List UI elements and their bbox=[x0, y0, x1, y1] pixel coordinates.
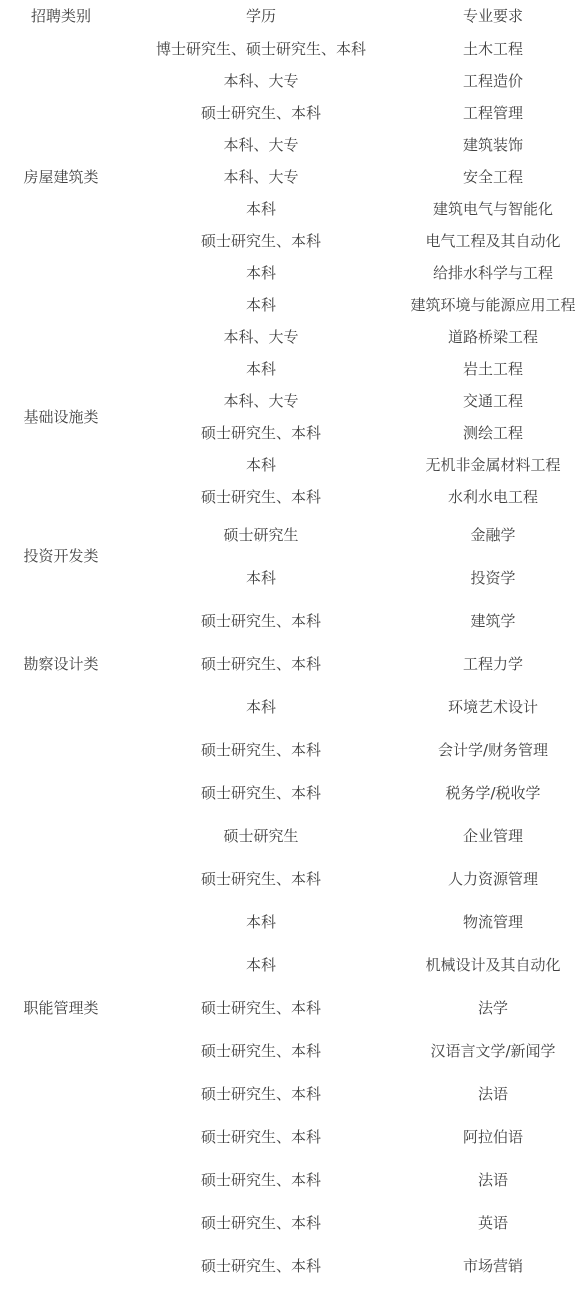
education-cell: 硕士研究生 bbox=[122, 514, 400, 557]
education-cell: 本科 bbox=[122, 194, 400, 226]
column-header-category: 招聘类别 bbox=[0, 0, 122, 34]
education-cell: 本科 bbox=[122, 686, 400, 729]
major-cell: 市场营销 bbox=[400, 1245, 586, 1288]
header-row: 招聘类别 学历 专业要求 bbox=[0, 0, 586, 34]
major-cell: 土木工程 bbox=[400, 34, 586, 66]
major-cell: 水利水电工程 bbox=[400, 482, 586, 514]
education-cell: 硕士研究生、本科 bbox=[122, 1030, 400, 1073]
major-cell: 英语 bbox=[400, 1202, 586, 1245]
major-cell: 无机非金属材料工程 bbox=[400, 450, 586, 482]
education-cell: 本科 bbox=[122, 901, 400, 944]
education-cell: 本科 bbox=[122, 557, 400, 600]
major-cell: 阿拉伯语 bbox=[400, 1116, 586, 1159]
major-cell: 汉语言文学/新闻学 bbox=[400, 1030, 586, 1073]
major-cell: 建筑环境与能源应用工程 bbox=[400, 290, 586, 322]
major-cell: 电气工程及其自动化 bbox=[400, 226, 586, 258]
category-cell: 勘察设计类 bbox=[0, 600, 122, 729]
table-row: 基础设施类本科、大专道路桥梁工程 bbox=[0, 322, 586, 354]
table-header: 招聘类别 学历 专业要求 bbox=[0, 0, 586, 34]
education-cell: 本科、大专 bbox=[122, 130, 400, 162]
major-cell: 税务学/税收学 bbox=[400, 772, 586, 815]
education-cell: 本科 bbox=[122, 258, 400, 290]
education-cell: 硕士研究生、本科 bbox=[122, 1116, 400, 1159]
category-cell: 房屋建筑类 bbox=[0, 34, 122, 322]
education-cell: 硕士研究生、本科 bbox=[122, 418, 400, 450]
major-cell: 给排水科学与工程 bbox=[400, 258, 586, 290]
major-cell: 环境艺术设计 bbox=[400, 686, 586, 729]
education-cell: 本科、大专 bbox=[122, 162, 400, 194]
table-row: 职能管理类硕士研究生、本科会计学/财务管理 bbox=[0, 729, 586, 772]
education-cell: 本科 bbox=[122, 944, 400, 987]
education-cell: 硕士研究生、本科 bbox=[122, 987, 400, 1030]
major-cell: 企业管理 bbox=[400, 815, 586, 858]
major-cell: 交通工程 bbox=[400, 386, 586, 418]
education-cell: 硕士研究生、本科 bbox=[122, 1073, 400, 1116]
education-cell: 本科 bbox=[122, 290, 400, 322]
education-cell: 硕士研究生、本科 bbox=[122, 226, 400, 258]
table-row: 房屋建筑类博士研究生、硕士研究生、本科土木工程 bbox=[0, 34, 586, 66]
category-cell: 基础设施类 bbox=[0, 322, 122, 514]
major-cell: 安全工程 bbox=[400, 162, 586, 194]
major-cell: 岩土工程 bbox=[400, 354, 586, 386]
education-cell: 硕士研究生、本科 bbox=[122, 858, 400, 901]
education-cell: 硕士研究生、本科 bbox=[122, 772, 400, 815]
education-cell: 博士研究生、硕士研究生、本科 bbox=[122, 34, 400, 66]
education-cell: 硕士研究生、本科 bbox=[122, 600, 400, 643]
major-cell: 道路桥梁工程 bbox=[400, 322, 586, 354]
major-cell: 人力资源管理 bbox=[400, 858, 586, 901]
major-cell: 建筑学 bbox=[400, 600, 586, 643]
education-cell: 硕士研究生、本科 bbox=[122, 482, 400, 514]
table-row: 投资开发类硕士研究生金融学 bbox=[0, 514, 586, 557]
category-cell: 职能管理类 bbox=[0, 729, 122, 1288]
education-cell: 硕士研究生 bbox=[122, 815, 400, 858]
education-cell: 硕士研究生、本科 bbox=[122, 1202, 400, 1245]
column-header-education: 学历 bbox=[122, 0, 400, 34]
major-cell: 测绘工程 bbox=[400, 418, 586, 450]
major-cell: 会计学/财务管理 bbox=[400, 729, 586, 772]
education-cell: 硕士研究生、本科 bbox=[122, 1245, 400, 1288]
category-cell: 投资开发类 bbox=[0, 514, 122, 600]
education-cell: 硕士研究生、本科 bbox=[122, 98, 400, 130]
major-cell: 金融学 bbox=[400, 514, 586, 557]
recruitment-table: 招聘类别 学历 专业要求 房屋建筑类博士研究生、硕士研究生、本科土木工程本科、大… bbox=[0, 0, 586, 1288]
column-header-major: 专业要求 bbox=[400, 0, 586, 34]
major-cell: 投资学 bbox=[400, 557, 586, 600]
education-cell: 硕士研究生、本科 bbox=[122, 643, 400, 686]
education-cell: 本科、大专 bbox=[122, 66, 400, 98]
education-cell: 硕士研究生、本科 bbox=[122, 729, 400, 772]
major-cell: 物流管理 bbox=[400, 901, 586, 944]
education-cell: 本科 bbox=[122, 450, 400, 482]
education-cell: 硕士研究生、本科 bbox=[122, 1159, 400, 1202]
major-cell: 工程造价 bbox=[400, 66, 586, 98]
education-cell: 本科、大专 bbox=[122, 386, 400, 418]
major-cell: 法语 bbox=[400, 1073, 586, 1116]
major-cell: 建筑电气与智能化 bbox=[400, 194, 586, 226]
major-cell: 工程力学 bbox=[400, 643, 586, 686]
education-cell: 本科、大专 bbox=[122, 322, 400, 354]
recruitment-table-body: 房屋建筑类博士研究生、硕士研究生、本科土木工程本科、大专工程造价硕士研究生、本科… bbox=[0, 34, 586, 1288]
page: { "colors": { "text": "#3f3f3f", "backgr… bbox=[0, 0, 586, 1311]
major-cell: 法学 bbox=[400, 987, 586, 1030]
major-cell: 法语 bbox=[400, 1159, 586, 1202]
major-cell: 机械设计及其自动化 bbox=[400, 944, 586, 987]
education-cell: 本科 bbox=[122, 354, 400, 386]
major-cell: 工程管理 bbox=[400, 98, 586, 130]
table-row: 勘察设计类硕士研究生、本科建筑学 bbox=[0, 600, 586, 643]
major-cell: 建筑装饰 bbox=[400, 130, 586, 162]
